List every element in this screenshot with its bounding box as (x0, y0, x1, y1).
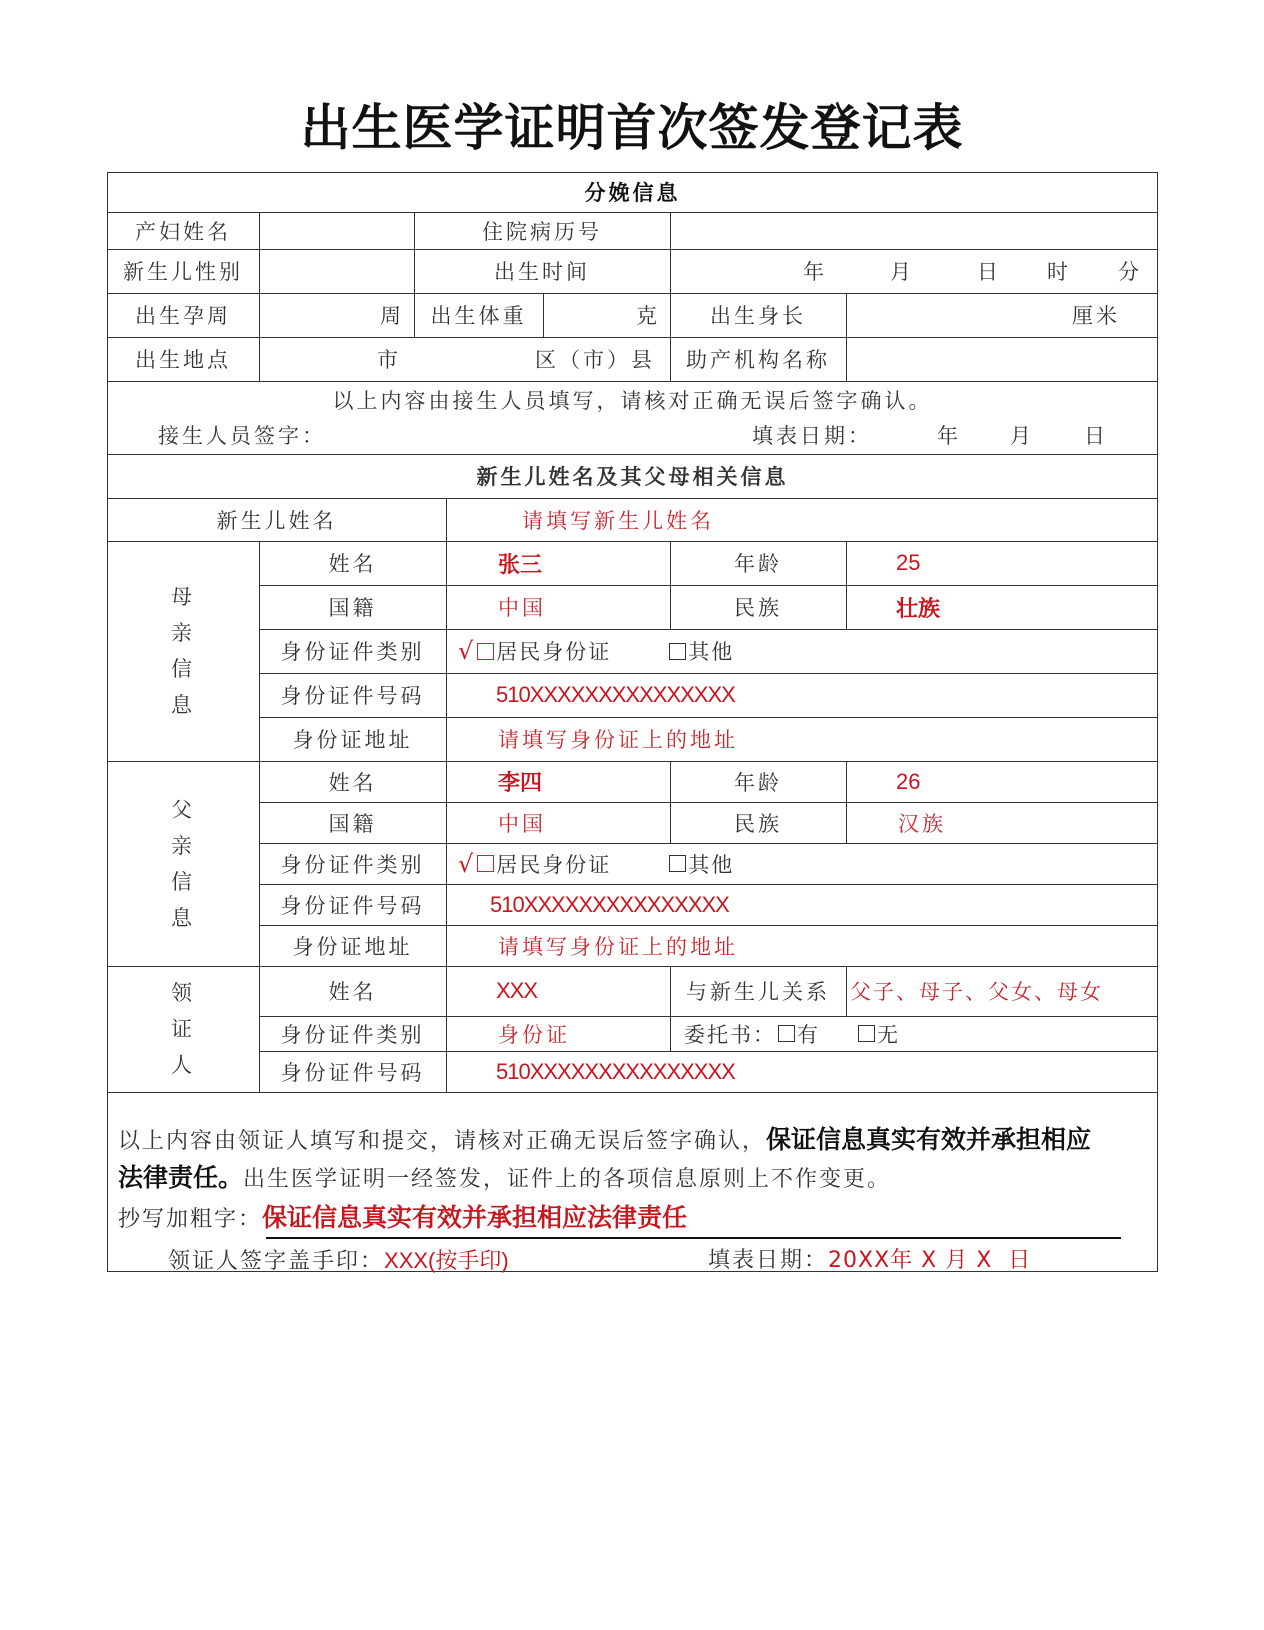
checkmark-icon: √ (458, 850, 473, 878)
recipient-id-type-label: 身份证件类别 (259, 1016, 446, 1051)
baby-name-field[interactable]: 请填写新生儿姓名 (446, 498, 1158, 541)
recipient-date-row: 填表日期：20XX年 X 月 X 日 (708, 1243, 1148, 1279)
length-field[interactable]: 厘米 (846, 293, 1158, 337)
city-unit: 市 (377, 344, 401, 374)
delivery-section-header: 分娩信息 (107, 172, 1158, 212)
gestation-field[interactable]: 周 (259, 293, 414, 337)
midwife-sign-field[interactable] (320, 418, 720, 452)
record-no-label: 住院病历号 (414, 212, 670, 249)
recipient-sign-label: 领证人签字盖手印： (168, 1249, 384, 1274)
weight-label: 出生体重 (414, 293, 543, 337)
month-unit: 月 (890, 256, 914, 286)
father-id-number-value[interactable]: 510XXXXXXXXXXXXXXX (446, 884, 1158, 925)
other-id-checkbox[interactable] (669, 855, 686, 872)
father-address-label: 身份证地址 (259, 925, 446, 966)
declaration-line-2: 法律责任。出生医学证明一经签发，证件上的各项信息原则上不作变更。 (118, 1160, 1148, 1198)
mother-age-label: 年龄 (670, 541, 846, 585)
baby-sex-label: 新生儿性别 (107, 249, 259, 293)
father-address-value[interactable]: 请填写身份证上的地址 (446, 925, 1158, 966)
other-id-checkbox[interactable] (669, 643, 686, 660)
day-unit: 日 (1084, 420, 1108, 450)
authorization-yes-label: 有 (797, 1019, 820, 1049)
year-unit: 年 (937, 420, 961, 450)
length-label: 出生身长 (670, 293, 846, 337)
declaration-line-1: 以上内容由领证人填写和提交，请核对正确无误后签字确认，保证信息真实有效并承担相应 (118, 1122, 1148, 1160)
weight-field[interactable]: 克 (543, 293, 670, 337)
resident-id-checkbox[interactable] (477, 643, 494, 660)
father-id-number-label: 身份证件号码 (259, 884, 446, 925)
birth-place-field[interactable]: 市 区（市）县 (259, 337, 670, 381)
recipient-id-number-label: 身份证件号码 (259, 1051, 446, 1092)
mother-name-field[interactable] (259, 212, 414, 249)
resident-id-checkbox[interactable] (477, 855, 494, 872)
baby-sex-field[interactable] (259, 249, 414, 293)
copy-underline (266, 1237, 1121, 1239)
mother-info-group-label: 母 亲 信 息 (107, 541, 259, 761)
resident-id-option-label: 居民身份证 (496, 636, 611, 666)
father-age-label: 年龄 (670, 761, 846, 802)
record-no-field[interactable] (670, 212, 1158, 249)
father-info-group-label: 父 亲 信 息 (107, 761, 259, 966)
copy-value[interactable]: 保证信息真实有效并承担相应法律责任 (262, 1203, 687, 1232)
birth-time-label: 出生时间 (414, 249, 670, 293)
month-unit: 月 (1010, 420, 1034, 450)
midwife-confirm-text: 以上内容由接生人员填写，请核对正确无误后签字确认。 (107, 383, 1158, 417)
father-name-value[interactable]: 李四 (446, 761, 670, 802)
institution-label: 助产机构名称 (670, 337, 846, 381)
mother-id-number-value[interactable]: 510XXXXXXXXXXXXXXX (446, 673, 1158, 717)
authorization-yes-checkbox[interactable] (778, 1025, 795, 1042)
father-nationality-label: 国籍 (259, 802, 446, 843)
authorization-field: 委托书： 有 无 (670, 1016, 1158, 1051)
recipient-name-label: 姓名 (259, 966, 446, 1016)
resident-id-option-label: 居民身份证 (496, 849, 611, 879)
mother-id-type-label: 身份证件类别 (259, 629, 446, 673)
gestation-label: 出生孕周 (107, 293, 259, 337)
recipient-date-label: 填表日期： (708, 1248, 828, 1273)
recipient-sign-value[interactable]: XXX(按手印) (384, 1248, 509, 1273)
district-unit: 区（市）县 (535, 344, 655, 374)
mother-nationality-value[interactable]: 中国 (446, 585, 670, 629)
mother-id-type-field: √ 居民身份证 其他 (446, 629, 1158, 673)
father-id-type-field: √ 居民身份证 其他 (446, 843, 1158, 884)
father-nationality-value[interactable]: 中国 (446, 802, 670, 843)
mother-nationality-label: 国籍 (259, 585, 446, 629)
father-ethnicity-label: 民族 (670, 802, 846, 843)
family-section-header: 新生儿姓名及其父母相关信息 (107, 454, 1158, 498)
row-divider (107, 1092, 1158, 1093)
copy-text-row: 抄写加粗字：保证信息真实有效并承担相应法律责任 (118, 1200, 1148, 1238)
mother-name-label: 产妇姓名 (107, 212, 259, 249)
recipient-sign-row: 领证人签字盖手印：XXX(按手印) (168, 1243, 768, 1280)
copy-label: 抄写加粗字： (118, 1207, 262, 1232)
birth-time-field[interactable]: 年 月 日 时 分 (670, 249, 1158, 293)
authorization-no-label: 无 (877, 1019, 900, 1049)
mother-address-value[interactable]: 请填写身份证上的地址 (446, 717, 1158, 761)
midwife-fill-date-label: 填表日期： (752, 418, 872, 452)
other-id-option-label: 其他 (688, 636, 734, 666)
father-name-label: 姓名 (259, 761, 446, 802)
relation-label: 与新生儿关系 (670, 966, 846, 1016)
row-divider (107, 381, 1158, 382)
mother-address-label: 身份证地址 (259, 717, 446, 761)
midwife-fill-date-field[interactable]: 年 月 日 (880, 418, 1150, 452)
authorization-no-checkbox[interactable] (858, 1025, 875, 1042)
father-ethnicity-value[interactable]: 汉族 (846, 802, 1158, 843)
mother-name-value[interactable]: 张三 (446, 541, 670, 585)
form-title: 出生医学证明首次签发登记表 (0, 96, 1264, 160)
hour-unit: 时 (1047, 256, 1071, 286)
checkmark-icon: √ (458, 637, 473, 665)
relation-value[interactable]: 父子、母子、父女、母女 (846, 966, 1158, 1016)
year-unit: 年 (803, 256, 827, 286)
authorization-label: 委托书： (684, 1019, 776, 1049)
mother-id-number-label: 身份证件号码 (259, 673, 446, 717)
father-id-type-label: 身份证件类别 (259, 843, 446, 884)
mother-age-value[interactable]: 25 (846, 541, 1158, 585)
birth-place-label: 出生地点 (107, 337, 259, 381)
father-age-value[interactable]: 26 (846, 761, 1158, 802)
mother-ethnicity-label: 民族 (670, 585, 846, 629)
minute-unit: 分 (1118, 256, 1142, 286)
other-id-option-label: 其他 (688, 849, 734, 879)
institution-field[interactable] (846, 337, 1158, 381)
recipient-id-type-value[interactable]: 身份证 (446, 1016, 670, 1051)
midwife-sign-label: 接生人员签字： (158, 418, 326, 452)
day-unit: 日 (977, 256, 1001, 286)
recipient-name-value[interactable]: XXX (446, 966, 670, 1016)
recipient-group-label: 领 证 人 (107, 966, 259, 1092)
baby-name-label: 新生儿姓名 (107, 498, 446, 541)
mother-ethnicity-value[interactable]: 壮族 (846, 585, 1158, 629)
mother-name-label: 姓名 (259, 541, 446, 585)
recipient-date-value[interactable]: 20XX年 X 月 X 日 (828, 1248, 1031, 1273)
recipient-id-number-value[interactable]: 510XXXXXXXXXXXXXXX (446, 1051, 1158, 1092)
